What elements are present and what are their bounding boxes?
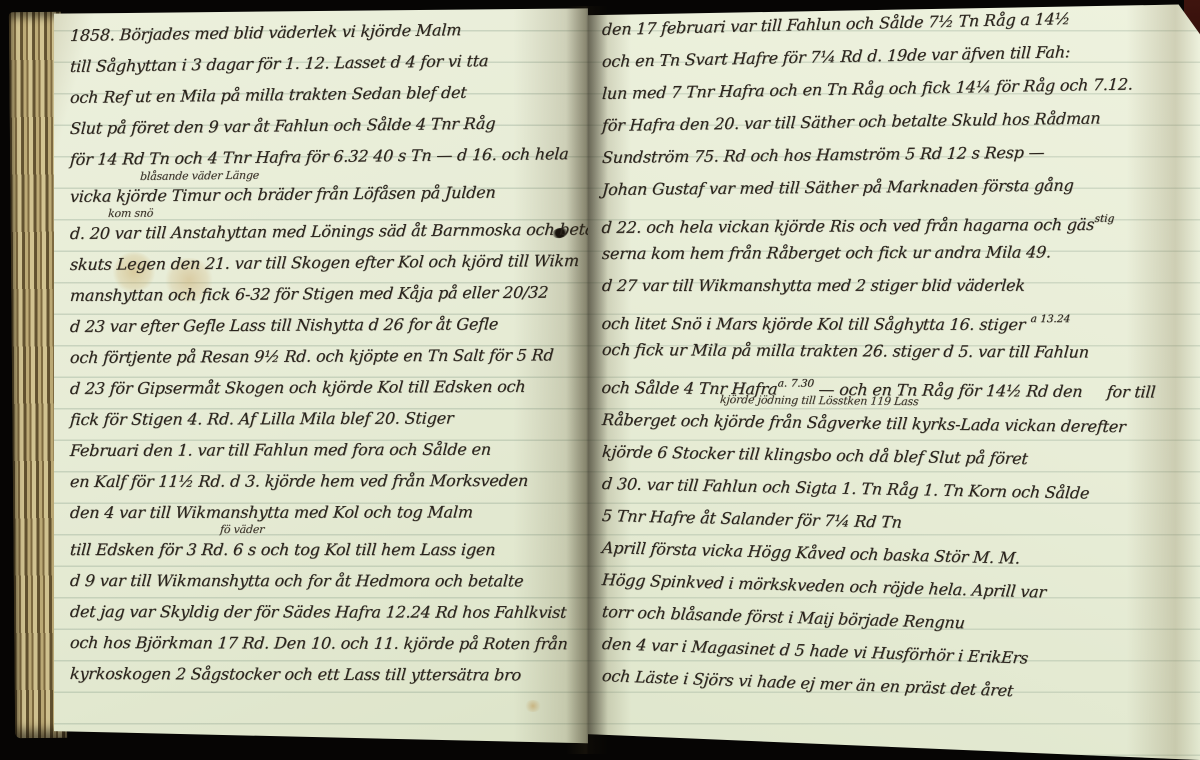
manuscript-line: d 22. och hela vickan kjörde Ris och ved…: [601, 202, 1200, 238]
manuscript-line: d 9 var till Wikmanshytta och for åt Hed…: [69, 565, 589, 596]
manuscript-line: Johan Gustaf var med till Säther på Mark…: [601, 168, 1200, 206]
manuscript-line: till Edsken för 3 Rd. 6 s och tog Kol ti…: [69, 534, 589, 565]
manuscript-line: d 23 för Gipsermåt Skogen och kjörde Kol…: [69, 371, 589, 404]
right-page-text: den 17 februari var till Fahlun och Såld…: [588, 14, 1200, 692]
manuscript-line: d. 20 var till Anstahyttan med Lönings s…: [69, 214, 589, 249]
manuscript-line: kyrkoskogen 2 Sågstocker och ett Lass ti…: [69, 658, 589, 691]
manuscript-line: d 27 var till Wikmanshytta med 2 stiger …: [601, 270, 1200, 302]
manuscript-line: Februari den 1. var till Fahlun med fora…: [69, 433, 589, 466]
manuscript-line: en Kalf för 11½ Rd. d 3. kjörde hem ved …: [69, 465, 589, 497]
manuscript-line: fick för Stigen 4. Rd. Af Lilla Mila ble…: [69, 402, 589, 435]
ink-superscript: a 13.24: [1030, 313, 1071, 325]
diary-photo: 1858. Börjades med blid väderlek vi kjör…: [0, 0, 1200, 760]
right-page: den 17 februari var till Fahlun och Såld…: [588, 0, 1200, 760]
manuscript-line: serna kom hem från Råberget och fick ur …: [601, 236, 1200, 270]
manuscript-line: Sundström 75. Rd och hos Hamström 5 Rd 1…: [601, 135, 1200, 174]
manuscript-line: och fick ur Mila på milla trakten 26. st…: [601, 334, 1200, 369]
paper-stain: [524, 700, 542, 712]
ink-superscript: a. 7.30: [777, 377, 814, 389]
manuscript-line: manshyttan och fick 6-32 för Stigen med …: [69, 276, 589, 311]
manuscript-line: och litet Snö i Mars kjörde Kol till Såg…: [601, 302, 1200, 335]
manuscript-line: och förtjente på Resan 9½ Rd. och kjöpte…: [69, 339, 589, 373]
manuscript-line: skuts Legen den 21. var till Skogen efte…: [69, 245, 589, 280]
manuscript-line: och hos Björkman 17 Rd. Den 10. och 11. …: [69, 627, 589, 659]
ink-superscript: stig: [1094, 213, 1114, 225]
left-page-text: 1858. Börjades med blid väderlek vi kjör…: [54, 20, 588, 689]
left-page: 1858. Börjades med blid väderlek vi kjör…: [54, 0, 588, 760]
manuscript-line: det jag var Skyldig der för Sädes Hafra …: [69, 596, 589, 628]
manuscript-line: d 23 var efter Gefle Lass till Nishytta …: [69, 308, 589, 342]
